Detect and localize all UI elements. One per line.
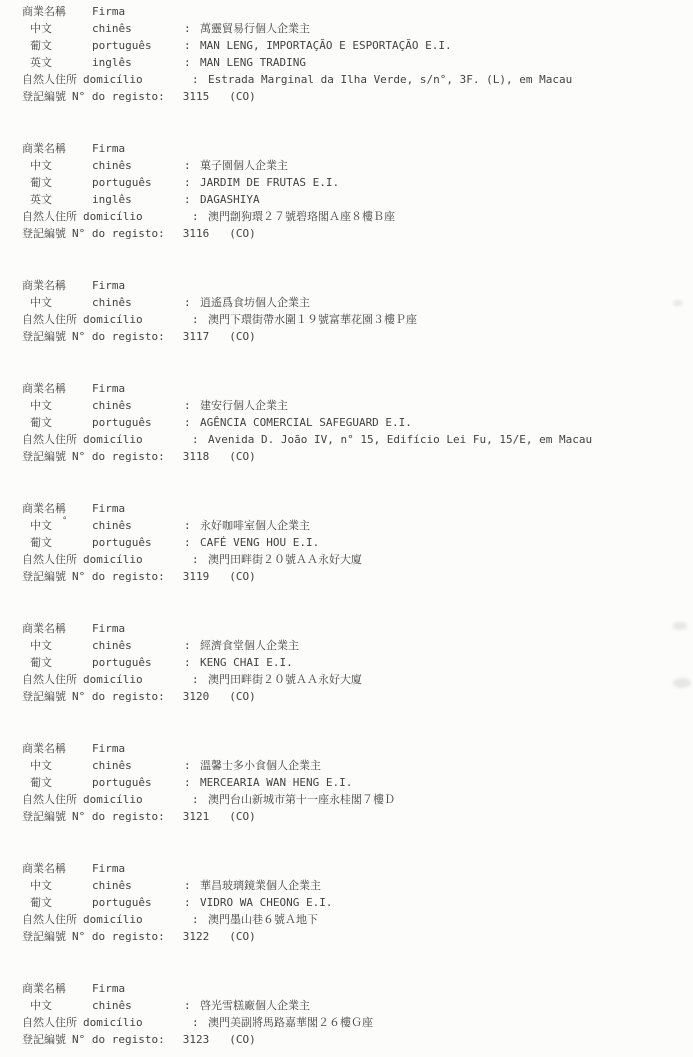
chinese-label-zh: 中文 (30, 20, 92, 37)
chinese-name-value: 溫馨士多小食個人企業主 (200, 757, 321, 774)
registration-row: 登記編號 N° do registo: 3123 (CO) (22, 1031, 693, 1048)
address-label-pt: domicílio (83, 671, 143, 688)
portuguese-name-row: 葡文 português : MERCEARIA WAN HENG E.I. (22, 774, 693, 791)
chinese-label-zh: 中文 (30, 157, 92, 174)
scan-smudge (673, 300, 683, 306)
firm-header-row: 商業名稱 Firma (22, 140, 693, 157)
portuguese-label-zh: 葡文 (30, 174, 92, 191)
portuguese-label-zh: 葡文 (30, 894, 92, 911)
firm-label-pt: Firma (92, 277, 125, 294)
firm-header-row: 商業名稱 Firma (22, 380, 693, 397)
english-name-value: MAN LENG TRADING (200, 54, 306, 71)
address-label: 自然人住所domicílio (22, 431, 192, 448)
registration-row: 登記編號 N° do registo: 3119 (CO) (22, 568, 693, 585)
address-label-pt: domicílio (83, 911, 143, 928)
registry-entry: 商業名稱 Firma 中文 chinês : 經濟食堂個人企業主 葡文 port… (22, 620, 693, 705)
registration-suffix: (CO) (229, 225, 256, 242)
colon: : (184, 997, 200, 1014)
address-row: 自然人住所domicílio : Avenida D. João IV, n° … (22, 431, 693, 448)
address-label-zh: 自然人住所 (22, 551, 77, 568)
colon: : (192, 671, 208, 688)
portuguese-name-value: CAFÉ VENG HOU E.I. (200, 534, 319, 551)
address-label-zh: 自然人住所 (22, 911, 77, 928)
registration-label-zh: 登記編號 (22, 928, 66, 945)
chinese-name-row: 中文 chinês : 經濟食堂個人企業主 (22, 637, 693, 654)
colon: : (184, 54, 200, 71)
colon: : (192, 431, 208, 448)
portuguese-name-value: AGÊNCIA COMERCIAL SAFEGUARD E.I. (200, 414, 412, 431)
colon: : (184, 654, 200, 671)
chinese-label-pt: chinês (92, 997, 184, 1014)
address-row: 自然人住所domicílio : 澳門台山新城市第十一座永桂閣７樓Ｄ (22, 791, 693, 808)
firm-label-pt: Firma (92, 3, 125, 20)
address-value: 澳門墨山巷６號Ａ地下 (208, 911, 318, 928)
firm-label-zh: 商業名稱 (22, 620, 92, 637)
address-value: 澳門美副將馬路嘉華閣２６樓Ｇ座 (208, 1014, 373, 1031)
registration-label-pt: N° do registo: (72, 328, 165, 345)
portuguese-label-zh: 葡文 (30, 534, 92, 551)
chinese-label-zh: 中文 (30, 877, 92, 894)
colon: : (192, 1014, 208, 1031)
registration-label-zh: 登記編號 (22, 448, 66, 465)
address-label-pt: domicílio (83, 71, 143, 88)
chinese-label-zh: 中文 (30, 517, 92, 534)
address-label-zh: 自然人住所 (22, 791, 77, 808)
registration-label-pt: N° do registo: (72, 225, 165, 242)
portuguese-name-row: 葡文 português : AGÊNCIA COMERCIAL SAFEGUA… (22, 414, 693, 431)
firm-header-row: 商業名稱 Firma (22, 277, 693, 294)
chinese-name-row: 中文 chinês : 建安行個人企業主 (22, 397, 693, 414)
address-label-zh: 自然人住所 (22, 208, 77, 225)
colon: : (192, 791, 208, 808)
registry-entry: 商業名稱 Firma 中文 chinês : 菓子園個人企業主 葡文 portu… (22, 140, 693, 242)
firm-label-zh: 商業名稱 (22, 740, 92, 757)
chinese-label-pt: chinês (92, 397, 184, 414)
english-label-zh: 英文 (30, 191, 92, 208)
address-label-pt: domicílio (83, 551, 143, 568)
address-row: 自然人住所domicílio : 澳門田畔街２０號ＡＡ永好大廈 (22, 671, 693, 688)
chinese-label-zh: 中文 (30, 997, 92, 1014)
registration-number: 3121 (183, 808, 210, 825)
colon: : (184, 20, 200, 37)
portuguese-name-value: MAN LENG, IMPORTAÇÃO E ESPORTAÇÃO E.I. (200, 37, 452, 54)
registry-entry: 商業名稱 Firma 中文 chinês : 萬靈貿易行個人企業主 葡文 por… (22, 3, 693, 105)
registration-label-zh: 登記編號 (22, 808, 66, 825)
firm-label-pt: Firma (92, 740, 125, 757)
registry-entry: 商業名稱 Firma 中文 chinês : 啓光雪糕廠個人企業主 自然人住所d… (22, 980, 693, 1048)
chinese-name-row: 中文 chinês : 溫馨士多小食個人企業主 (22, 757, 693, 774)
chinese-name-value: 永好咖啡室個人企業主 (200, 517, 310, 534)
address-label-pt: domicílio (83, 208, 143, 225)
registration-suffix: (CO) (229, 808, 256, 825)
registration-number: 3123 (183, 1031, 210, 1048)
english-label-pt: inglês (92, 191, 184, 208)
colon: : (184, 534, 200, 551)
chinese-name-value: 建安行個人企業主 (200, 397, 288, 414)
chinese-name-row: 中文 ° chinês : 永好咖啡室個人企業主 (22, 517, 693, 534)
registry-entry: 商業名稱 Firma 中文 chinês : 華昌玻璃鏡業個人企業主 葡文 po… (22, 860, 693, 945)
firm-header-row: 商業名稱 Firma (22, 860, 693, 877)
address-label-zh: 自然人住所 (22, 311, 77, 328)
address-value: Avenida D. João IV, n° 15, Edifício Lei … (208, 431, 592, 448)
chinese-name-value: 菓子園個人企業主 (200, 157, 288, 174)
chinese-label-pt: chinês (92, 877, 184, 894)
registration-row: 登記編號 N° do registo: 3120 (CO) (22, 688, 693, 705)
address-value: 澳門田畔街２０號ＡＡ永好大廈 (208, 671, 362, 688)
registration-number: 3119 (183, 568, 210, 585)
colon: : (184, 157, 200, 174)
colon: : (192, 71, 208, 88)
address-label-zh: 自然人住所 (22, 671, 77, 688)
colon: : (184, 517, 200, 534)
registry-page: 商業名稱 Firma 中文 chinês : 萬靈貿易行個人企業主 葡文 por… (0, 0, 693, 1048)
chinese-name-value: 經濟食堂個人企業主 (200, 637, 299, 654)
chinese-label-zh: 中文 (30, 397, 92, 414)
portuguese-label-pt: português (92, 174, 184, 191)
registration-label-zh: 登記編號 (22, 568, 66, 585)
registration-label-pt: N° do registo: (72, 688, 165, 705)
colon: : (184, 894, 200, 911)
firm-header-row: 商業名稱 Firma (22, 980, 693, 997)
english-label-pt: inglês (92, 54, 184, 71)
firm-label-pt: Firma (92, 860, 125, 877)
colon: : (184, 294, 200, 311)
portuguese-label-zh: 葡文 (30, 774, 92, 791)
address-label: 自然人住所domicílio (22, 911, 192, 928)
registration-suffix: (CO) (229, 448, 256, 465)
portuguese-name-value: VIDRO WA CHEONG E.I. (200, 894, 332, 911)
registration-suffix: (CO) (229, 928, 256, 945)
firm-label-zh: 商業名稱 (22, 3, 92, 20)
firm-label-zh: 商業名稱 (22, 140, 92, 157)
address-label-pt: domicílio (83, 791, 143, 808)
registry-entry: 商業名稱 Firma 中文 chinês : 溫馨士多小食個人企業主 葡文 po… (22, 740, 693, 825)
registration-label-pt: N° do registo: (72, 808, 165, 825)
portuguese-label-pt: português (92, 654, 184, 671)
address-label: 自然人住所domicílio (22, 551, 192, 568)
chinese-label-zh: 中文 (30, 757, 92, 774)
chinese-name-row: 中文 chinês : 華昌玻璃鏡業個人企業主 (22, 877, 693, 894)
colon: : (184, 877, 200, 894)
registration-number: 3115 (183, 88, 210, 105)
firm-label-pt: Firma (92, 380, 125, 397)
registration-number: 3118 (183, 448, 210, 465)
registration-row: 登記編號 N° do registo: 3118 (CO) (22, 448, 693, 465)
portuguese-label-pt: português (92, 534, 184, 551)
address-label-zh: 自然人住所 (22, 431, 77, 448)
registration-label-pt: N° do registo: (72, 448, 165, 465)
address-value: 澳門台山新城市第十一座永桂閣７樓Ｄ (208, 791, 395, 808)
firm-label-zh: 商業名稱 (22, 277, 92, 294)
registry-entry: 商業名稱 Firma 中文 ° chinês : 永好咖啡室個人企業主 葡文 p… (22, 500, 693, 585)
colon: : (192, 208, 208, 225)
firm-label-zh: 商業名稱 (22, 500, 92, 517)
address-label-pt: domicílio (83, 431, 143, 448)
scan-smudge (673, 622, 687, 630)
registration-label-pt: N° do registo: (72, 1031, 165, 1048)
registration-number: 3117 (183, 328, 210, 345)
firm-header-row: 商業名稱 Firma (22, 740, 693, 757)
address-label: 自然人住所domicílio (22, 791, 192, 808)
colon: : (184, 397, 200, 414)
chinese-name-value: 逍遙爲食坊個人企業主 (200, 294, 310, 311)
firm-label-zh: 商業名稱 (22, 860, 92, 877)
chinese-label-pt: chinês (92, 517, 184, 534)
registration-row: 登記編號 N° do registo: 3122 (CO) (22, 928, 693, 945)
registration-row: 登記編號 N° do registo: 3116 (CO) (22, 225, 693, 242)
portuguese-name-row: 葡文 português : VIDRO WA CHEONG E.I. (22, 894, 693, 911)
firm-header-row: 商業名稱 Firma (22, 3, 693, 20)
portuguese-label-zh: 葡文 (30, 414, 92, 431)
address-label-zh: 自然人住所 (22, 1014, 77, 1031)
portuguese-name-row: 葡文 português : JARDIM DE FRUTAS E.I. (22, 174, 693, 191)
portuguese-label-pt: português (92, 894, 184, 911)
address-value: Estrada Marginal da Ilha Verde, s/n°, 3F… (208, 71, 572, 88)
chinese-name-row: 中文 chinês : 啓光雪糕廠個人企業主 (22, 997, 693, 1014)
registration-label-pt: N° do registo: (72, 928, 165, 945)
address-value: 澳門田畔街２０號ＡＡ永好大廈 (208, 551, 362, 568)
colon: : (184, 757, 200, 774)
registration-label-pt: N° do registo: (72, 568, 165, 585)
scan-artifact-mark: ° (62, 513, 67, 530)
colon: : (184, 174, 200, 191)
firm-header-row: 商業名稱 Firma (22, 500, 693, 517)
colon: : (184, 774, 200, 791)
address-label: 自然人住所domicílio (22, 208, 192, 225)
colon: : (192, 911, 208, 928)
registration-suffix: (CO) (229, 568, 256, 585)
firm-header-row: 商業名稱 Firma (22, 620, 693, 637)
colon: : (184, 414, 200, 431)
firm-label-pt: Firma (92, 980, 125, 997)
address-label-zh: 自然人住所 (22, 71, 77, 88)
address-label: 自然人住所domicílio (22, 671, 192, 688)
portuguese-label-zh: 葡文 (30, 37, 92, 54)
portuguese-name-value: MERCEARIA WAN HENG E.I. (200, 774, 352, 791)
registration-number: 3116 (183, 225, 210, 242)
address-row: 自然人住所domicílio : 澳門下環街帶水圍１９號富華花園３樓Ｐ座 (22, 311, 693, 328)
chinese-label-pt: chinês (92, 157, 184, 174)
address-row: 自然人住所domicílio : 澳門墨山巷６號Ａ地下 (22, 911, 693, 928)
registration-row: 登記編號 N° do registo: 3121 (CO) (22, 808, 693, 825)
colon: : (192, 311, 208, 328)
portuguese-name-row: 葡文 português : MAN LENG, IMPORTAÇÃO E ES… (22, 37, 693, 54)
chinese-name-value: 華昌玻璃鏡業個人企業主 (200, 877, 321, 894)
address-label: 自然人住所domicílio (22, 71, 192, 88)
firm-label-pt: Firma (92, 620, 125, 637)
address-value: 澳門下環街帶水圍１９號富華花園３樓Ｐ座 (208, 311, 417, 328)
portuguese-label-pt: português (92, 37, 184, 54)
address-row: 自然人住所domicílio : 澳門美副將馬路嘉華閣２６樓Ｇ座 (22, 1014, 693, 1031)
registration-label-zh: 登記編號 (22, 225, 66, 242)
english-name-value: DAGASHIYA (200, 191, 260, 208)
portuguese-name-row: 葡文 português : CAFÉ VENG HOU E.I. (22, 534, 693, 551)
firm-label-pt: Firma (92, 140, 125, 157)
scan-smudge (673, 678, 691, 688)
chinese-label-zh: 中文 (30, 294, 92, 311)
address-label: 自然人住所domicílio (22, 311, 192, 328)
registration-number: 3122 (183, 928, 210, 945)
registration-label-zh: 登記編號 (22, 1031, 66, 1048)
colon: : (184, 191, 200, 208)
chinese-name-row: 中文 chinês : 萬靈貿易行個人企業主 (22, 20, 693, 37)
chinese-label-zh: 中文 (30, 637, 92, 654)
registration-row: 登記編號 N° do registo: 3115 (CO) (22, 88, 693, 105)
registration-label-zh: 登記編號 (22, 88, 66, 105)
colon: : (184, 37, 200, 54)
portuguese-label-zh: 葡文 (30, 654, 92, 671)
address-row: 自然人住所domicílio : Estrada Marginal da Ilh… (22, 71, 693, 88)
portuguese-label-pt: português (92, 774, 184, 791)
firm-label-zh: 商業名稱 (22, 980, 92, 997)
address-row: 自然人住所domicílio : 澳門田畔街２０號ＡＡ永好大廈 (22, 551, 693, 568)
portuguese-name-value: KENG CHAI E.I. (200, 654, 293, 671)
chinese-name-value: 啓光雪糕廠個人企業主 (200, 997, 310, 1014)
english-label-zh: 英文 (30, 54, 92, 71)
chinese-label-pt: chinês (92, 20, 184, 37)
registration-label-pt: N° do registo: (72, 88, 165, 105)
chinese-name-row: 中文 chinês : 菓子園個人企業主 (22, 157, 693, 174)
chinese-name-row: 中文 chinês : 逍遙爲食坊個人企業主 (22, 294, 693, 311)
address-label-pt: domicílio (83, 311, 143, 328)
registry-entry: 商業名稱 Firma 中文 chinês : 逍遙爲食坊個人企業主 自然人住所d… (22, 277, 693, 345)
firm-label-pt: Firma (92, 500, 125, 517)
colon: : (192, 551, 208, 568)
portuguese-label-pt: português (92, 414, 184, 431)
portuguese-name-value: JARDIM DE FRUTAS E.I. (200, 174, 339, 191)
address-row: 自然人住所domicílio : 澳門劏狗環２７號碧珞閣Ａ座８樓Ｂ座 (22, 208, 693, 225)
registration-suffix: (CO) (229, 88, 256, 105)
english-name-row: 英文 inglês : DAGASHIYA (22, 191, 693, 208)
registration-row: 登記編號 N° do registo: 3117 (CO) (22, 328, 693, 345)
chinese-label-pt: chinês (92, 757, 184, 774)
address-label: 自然人住所domicílio (22, 1014, 192, 1031)
colon: : (184, 637, 200, 654)
registration-suffix: (CO) (229, 688, 256, 705)
firm-label-zh: 商業名稱 (22, 380, 92, 397)
address-value: 澳門劏狗環２７號碧珞閣Ａ座８樓Ｂ座 (208, 208, 395, 225)
portuguese-name-row: 葡文 português : KENG CHAI E.I. (22, 654, 693, 671)
english-name-row: 英文 inglês : MAN LENG TRADING (22, 54, 693, 71)
registration-suffix: (CO) (229, 1031, 256, 1048)
registry-entry: 商業名稱 Firma 中文 chinês : 建安行個人企業主 葡文 portu… (22, 380, 693, 465)
address-label-pt: domicílio (83, 1014, 143, 1031)
chinese-label-pt: chinês (92, 637, 184, 654)
chinese-name-value: 萬靈貿易行個人企業主 (200, 20, 310, 37)
chinese-label-pt: chinês (92, 294, 184, 311)
registration-label-zh: 登記編號 (22, 688, 66, 705)
registration-label-zh: 登記編號 (22, 328, 66, 345)
registration-suffix: (CO) (229, 328, 256, 345)
registration-number: 3120 (183, 688, 210, 705)
